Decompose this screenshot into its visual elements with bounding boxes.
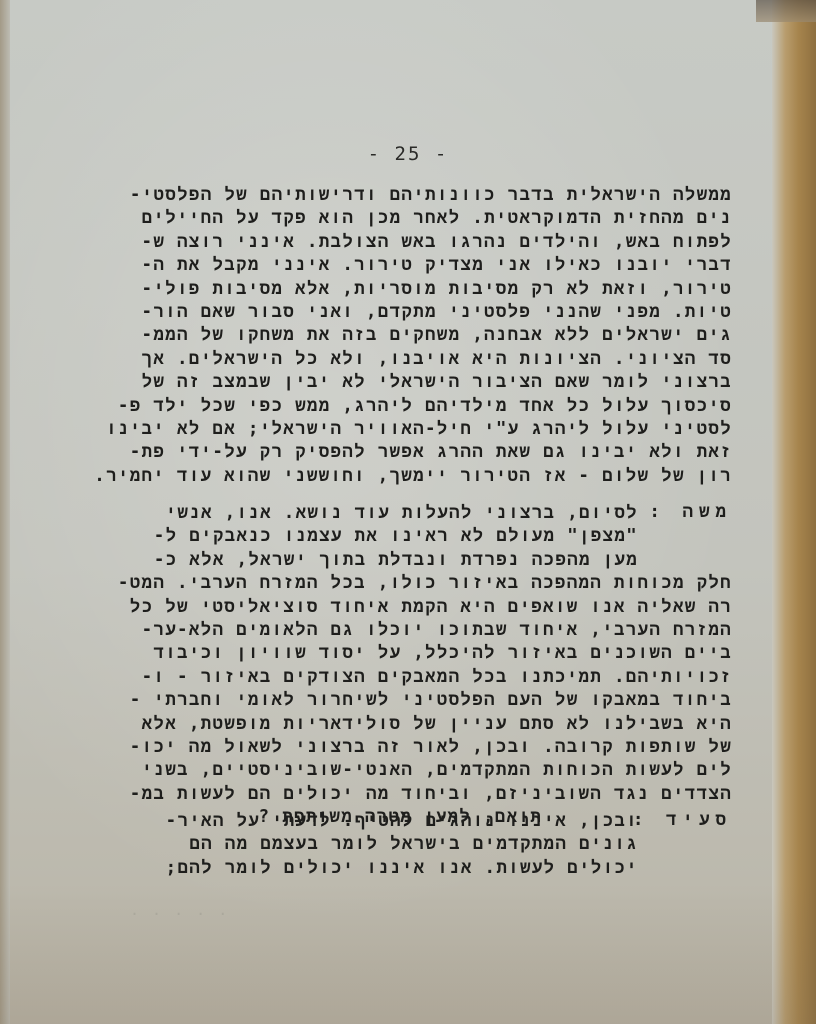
text-line: מען מהפכה נפרדת ונבדלת בתוך ישראל, אלא כ… — [112, 549, 732, 572]
bleed-through-text: · · · · · — [130, 905, 229, 923]
text-line: גונים המתקדמים בישראל לומר בעצמם מה הם — [112, 833, 732, 856]
text-line: לסיום, ברצוני להעלות עוד נושא. אנו, אנשי — [112, 502, 732, 525]
page-number: - 25 - — [0, 143, 816, 165]
page-bottom-shadow — [0, 884, 816, 1024]
text-line: סיכסוך עלול כל אחד מילדיהם ליהרג, ממש כפ… — [112, 395, 732, 418]
text-line: זכויותיהם. תמיכתנו בכל המאבקים הצודקים ב… — [112, 666, 732, 689]
text-line: המזרח הערבי, איחוד שבתוכו יוכלו גם הלאומ… — [112, 619, 732, 642]
text-line: יכולים לעשות. אנו איננו יכולים לומר להם; — [112, 857, 732, 880]
text-line: נים מהחזית הדמוקראטית. לאחר מכן הוא פקד … — [112, 207, 732, 230]
text-line: ביחוד במאבקו של העם הפלסטיני לשיחרור לאו… — [112, 689, 732, 712]
text-line: ביים השוכנים באיזור להיכלל, על יסוד שווי… — [112, 642, 732, 665]
text-line: ברצוני לומר שאם הציבור הישראלי לא יבין ש… — [112, 371, 732, 394]
text-line: לפתוח באש, והילדים נהרגו באש הצולבת. אינ… — [112, 231, 732, 254]
scanned-page: · · · · · - 25 - ממשלה הישראלית בדבר כוו… — [0, 0, 816, 1024]
text-line: ממשלה הישראלית בדבר כוונותיהם ודרישותיהם… — [112, 184, 732, 207]
text-line: טיות. מפני שהנני פלסטיני מתקדם, ואני סבו… — [112, 301, 732, 324]
speech-moshe: משה : לסיום, ברצוני להעלות עוד נושא. אנו… — [92, 502, 732, 832]
text-line: לים לעשות הכוחות המתקדמים, האנטי-שוביניס… — [112, 759, 732, 782]
opening-paragraph: ממשלה הישראלית בדבר כוונותיהם ודרישותיהם… — [112, 184, 732, 488]
text-line: זאת ולא יבינו גם שאת ההרג אפשר להפסיק רק… — [112, 441, 732, 464]
text-line: גים ישראלים ללא אבחנה, משחקים בזה את משח… — [112, 324, 732, 347]
text-line: רון של שלום - אז הטירור יימשך, וחוששני ש… — [112, 465, 732, 488]
text-line: הצדדים נגד השוביניזם, וביחוד מה יכולים ה… — [112, 783, 732, 806]
text-line: של שותפות קרובה. ובכן, לאור זה ברצוני לש… — [112, 736, 732, 759]
text-line: סד הציוני. הציונות היא אויבנו, ולא כל הי… — [112, 348, 732, 371]
text-line: לסטיני עלול ליהרג ע"י חיל-האוויר הישראלי… — [112, 418, 732, 441]
text-line: טירור, וזאת לא רק מסיבות מוסריות, אלא מס… — [112, 278, 732, 301]
text-line: ובכן, איננו נוהגים להטיף. לדעתי על האיר- — [112, 810, 732, 833]
speech-text: לסיום, ברצוני להעלות עוד נושא. אנו, אנשי… — [112, 502, 732, 830]
text-line: היא בשבילנו לא סתם עניין של סולידאריות מ… — [112, 713, 732, 736]
speech-text: ובכן, איננו נוהגים להטיף. לדעתי על האיר-… — [112, 810, 732, 880]
speech-said: סעיד : ובכן, איננו נוהגים להטיף. לדעתי ע… — [92, 810, 732, 890]
page-corner-shadow — [756, 0, 816, 22]
text-line: רה שאליה אנו שואפים היא הקמת איחוד סוציא… — [112, 596, 732, 619]
text-line: חלק מכוחות המהפכה באיזור כולו, בכל המזרח… — [112, 572, 732, 595]
text-line: "מצפן" מעולם לא ראינו את עצמנו כנאבקים ל… — [112, 525, 732, 548]
text-line: דברי יובנו כאילו אני מצדיק טירור. אינני … — [112, 254, 732, 277]
